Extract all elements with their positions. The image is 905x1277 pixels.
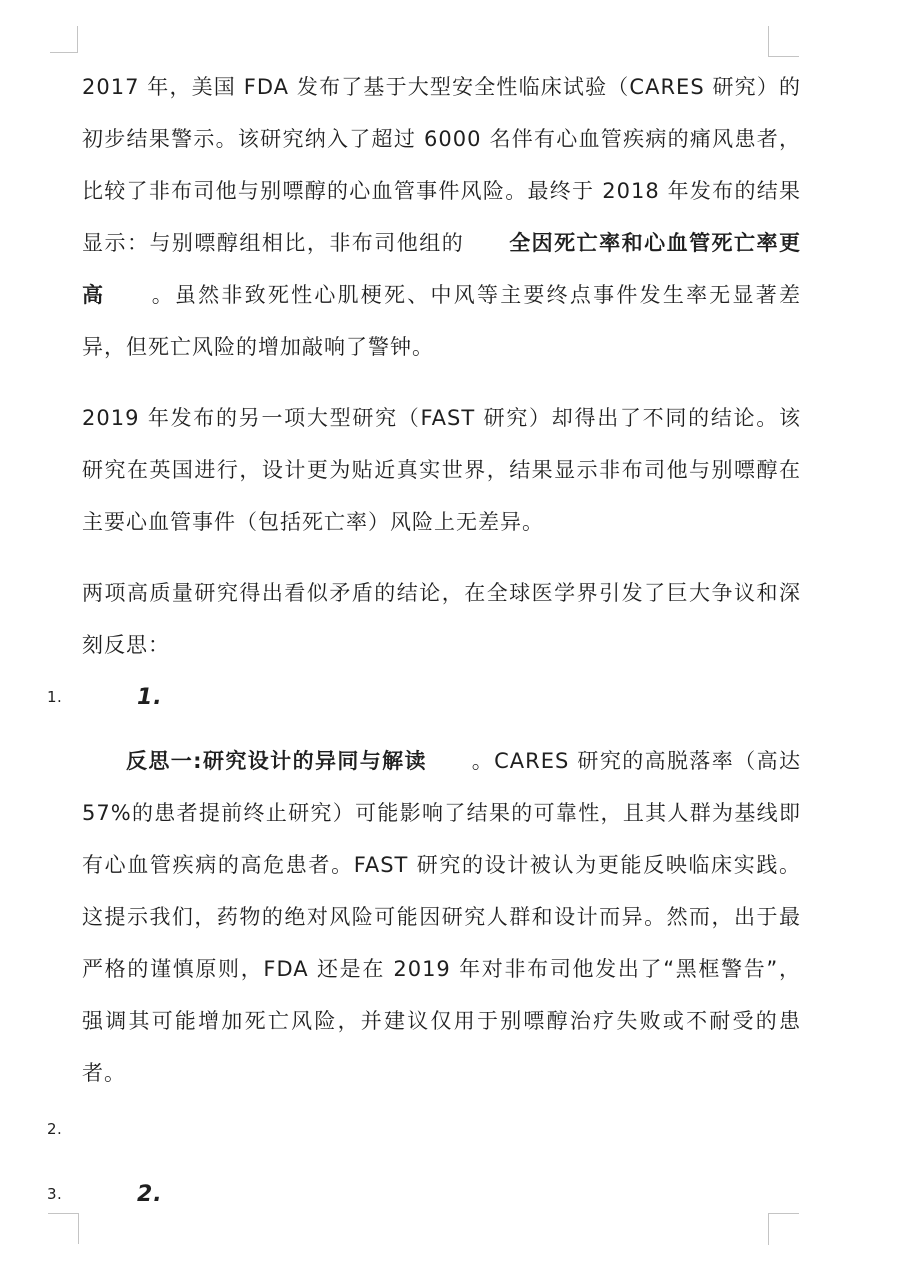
paragraph-text: 2017 年，美国 FDA 发布了基于大型安全性临床试验（CARES 研究）的初…	[82, 75, 801, 255]
paragraph-controversy: 两项高质量研究得出看似矛盾的结论，在全球医学界引发了巨大争议和深刻反思：	[82, 567, 801, 671]
crop-mark-top-right	[768, 26, 799, 57]
crop-mark-top-left	[50, 26, 78, 53]
list-item-1: 1. 1.	[82, 671, 801, 724]
list-margin-number: 3.	[47, 1168, 62, 1220]
paragraph-text: 2019 年发布的另一项大型研究（FAST 研究）却得出了不同的结论。该研究在英…	[82, 406, 801, 534]
list-bold-number: 1.	[137, 672, 163, 724]
list-item-3: 3. 2.	[82, 1168, 801, 1221]
document-page: { "page": { "background_color": "#ffffff…	[0, 0, 905, 1277]
list-margin-number: 2.	[47, 1103, 62, 1155]
list-bold-number: 2.	[137, 1169, 163, 1221]
document-body: 2017 年，美国 FDA 发布了基于大型安全性临床试验（CARES 研究）的初…	[82, 61, 801, 1221]
bold-run-reflection-heading: 反思一:研究设计的异同与解读	[126, 749, 427, 773]
paragraph-text: 两项高质量研究得出看似矛盾的结论，在全球医学界引发了巨大争议和深刻反思：	[82, 581, 801, 657]
paragraph-text: 。CARES 研究的高脱落率（高达 57%的患者提前终止研究）可能影响了结果的可…	[82, 749, 801, 1085]
paragraph-cares-warning: 2017 年，美国 FDA 发布了基于大型安全性临床试验（CARES 研究）的初…	[82, 61, 801, 373]
paragraph-reflection-one: 反思一:研究设计的异同与解读 。CARES 研究的高脱落率（高达 57%的患者提…	[82, 735, 801, 1099]
paragraph-fast-study: 2019 年发布的另一项大型研究（FAST 研究）却得出了不同的结论。该研究在英…	[82, 392, 801, 548]
list-margin-number: 1.	[47, 671, 62, 723]
paragraph-text: 。虽然非致死性心肌梗死、中风等主要终点事件发生率无显著差异，但死亡风险的增加敲响…	[82, 283, 801, 359]
list-item-2: 2.	[82, 1103, 801, 1155]
